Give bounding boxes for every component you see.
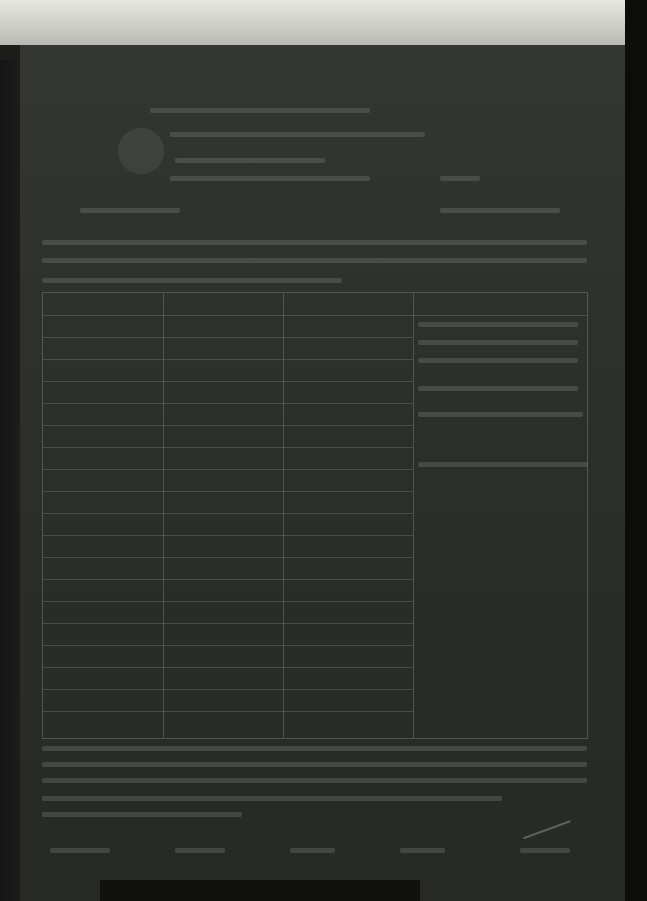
body-line [42, 240, 587, 245]
emblem-logo [118, 128, 164, 174]
row-divider [43, 667, 413, 668]
ref-number [80, 208, 180, 213]
header-row-divider [43, 315, 587, 316]
row-divider [43, 381, 413, 382]
remarks-line [418, 386, 578, 391]
row-divider [43, 601, 413, 602]
row-divider [43, 403, 413, 404]
row-divider [43, 359, 413, 360]
header-line [170, 176, 370, 181]
row-divider [43, 447, 413, 448]
remarks-line [418, 358, 578, 363]
top-light-band-gradient [0, 0, 647, 45]
signatory-label [50, 848, 110, 853]
signatory-label [290, 848, 335, 853]
row-divider [43, 645, 413, 646]
right-dark-edge [625, 0, 647, 901]
remarks-line [418, 322, 578, 327]
body-line [42, 258, 587, 263]
row-divider [43, 623, 413, 624]
remarks-line [418, 412, 583, 417]
row-divider [43, 557, 413, 558]
date-value [440, 208, 560, 213]
signatory-label [400, 848, 445, 853]
date-field [440, 176, 480, 181]
column-divider [413, 293, 414, 738]
row-divider [43, 513, 413, 514]
remarks-line [418, 340, 578, 345]
row-divider [43, 579, 413, 580]
footer-line [42, 796, 502, 801]
row-divider [43, 469, 413, 470]
footer-line [42, 762, 587, 767]
signatory-label [520, 848, 570, 853]
footer-line [42, 812, 242, 817]
remarks-line [418, 462, 588, 467]
bottom-shadow [100, 880, 420, 901]
footer-line [42, 746, 587, 751]
top-light-band [0, 0, 647, 45]
row-divider [43, 535, 413, 536]
header-line [175, 158, 325, 163]
footer-line [42, 778, 587, 783]
body-line [42, 278, 342, 283]
header-line [150, 108, 370, 113]
row-divider [43, 337, 413, 338]
signatory-label [175, 848, 225, 853]
row-divider [43, 491, 413, 492]
header-line [170, 132, 425, 137]
row-divider [43, 425, 413, 426]
row-divider [43, 689, 413, 690]
row-divider [43, 711, 413, 712]
